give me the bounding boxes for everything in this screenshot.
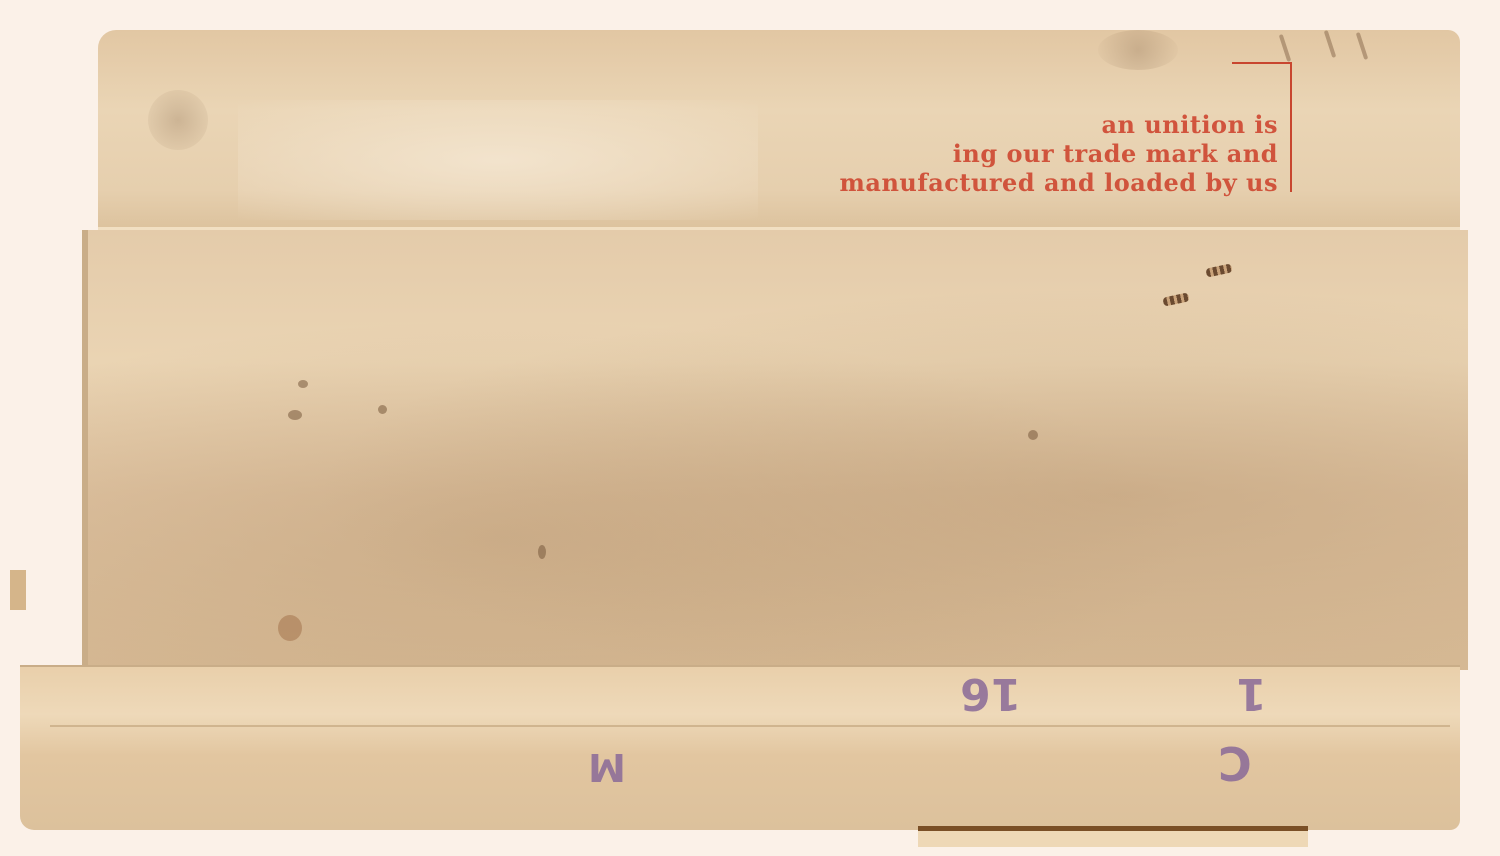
printed-line-3: manufactured and loaded by us	[840, 168, 1278, 197]
stamp-letter-c: C	[1218, 736, 1252, 790]
scratch-mark	[1356, 32, 1368, 60]
printed-line-2: ing our trade mark and	[840, 139, 1278, 168]
print-border-top	[1232, 62, 1292, 64]
stamp-number-16: 16	[960, 668, 1021, 719]
printed-line-1: an unition is	[840, 110, 1278, 139]
torn-edge	[10, 570, 26, 610]
puncture-mark	[1205, 263, 1232, 277]
stamp-number-1: 1	[1236, 668, 1267, 719]
scratch-mark	[1324, 30, 1336, 58]
stain	[148, 90, 208, 150]
stain-spot	[298, 380, 308, 388]
stamp-letters: M	[588, 745, 626, 789]
bottom-flap	[918, 826, 1308, 847]
puncture-mark	[1162, 292, 1189, 306]
stain-spot	[278, 615, 302, 641]
stain-spot	[538, 545, 546, 559]
stain	[1098, 30, 1178, 70]
scratch-mark	[1279, 34, 1291, 62]
stain-spot	[288, 410, 302, 420]
stain-spot	[1028, 430, 1038, 440]
box-top-face	[82, 230, 1468, 670]
front-crease	[50, 725, 1450, 727]
printed-text-block: an unition is ing our trade mark and man…	[840, 110, 1278, 197]
photo-scene: an unition is ing our trade mark and man…	[0, 0, 1500, 856]
print-border-right	[1290, 62, 1292, 192]
stain-spot	[378, 405, 387, 414]
